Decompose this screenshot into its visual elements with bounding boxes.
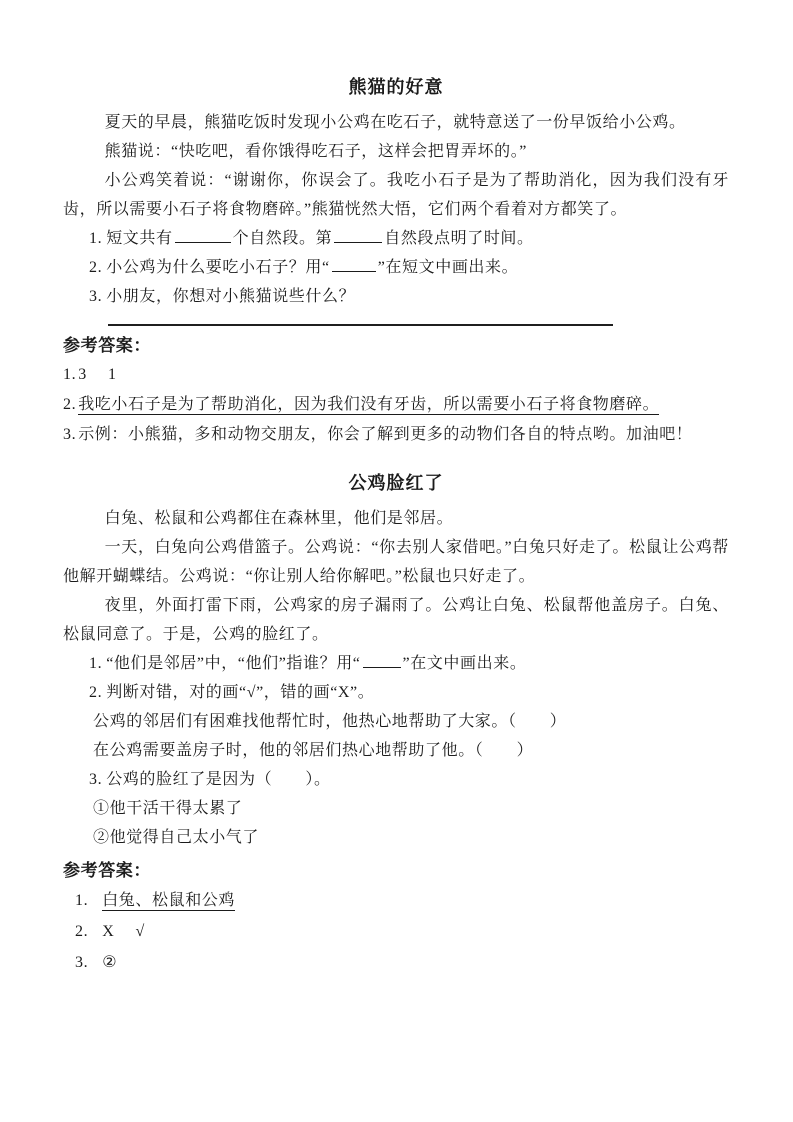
question-text: ”在短文中画出来。	[378, 259, 519, 276]
blank-line	[334, 228, 382, 243]
blank-line	[332, 257, 376, 272]
question-1: 1.“他们是邻居”中，“他们”指谁？用“”在文中画出来。	[63, 649, 729, 678]
question-text: “他们是邻居”中，“他们”指谁？用“	[106, 655, 360, 672]
answers-heading: 参考答案：	[63, 856, 729, 885]
question-number: 3.	[89, 771, 102, 788]
blank-line	[175, 228, 231, 243]
question-text: 公鸡的脸红了是因为（ ）。	[106, 771, 330, 788]
answer-row-3: 3.②	[63, 947, 729, 978]
question-3: 3.公鸡的脸红了是因为（ ）。	[63, 765, 729, 794]
question-text: 判断对错，对的画“√”，错的画“X”。	[106, 684, 374, 701]
paragraph: 一天，白兔向公鸡借篮子。公鸡说：“你去别人家借吧。”白兔只好走了。松鼠让公鸡帮他…	[63, 533, 729, 591]
answer-text: 示例：小熊猫，多和动物交朋友，你会了解到更多的动物们各自的特点哟。加油吧！	[78, 426, 692, 443]
answer-text: X √	[102, 923, 145, 940]
answer-row-3: 3.示例：小熊猫，多和动物交朋友，你会了解到更多的动物们各自的特点哟。加油吧！	[63, 420, 729, 450]
worksheet-page: 熊猫的好意 夏天的早晨，熊猫吃饭时发现小公鸡在吃石子，就特意送了一份早饭给小公鸡…	[0, 0, 793, 1122]
choice-option-2: ②他觉得自己太小气了	[63, 823, 729, 852]
question-text: 短文共有	[106, 230, 172, 247]
question-1: 1.短文共有个自然段。第自然段点明了时间。	[63, 224, 729, 253]
paragraph: 白兔、松鼠和公鸡都住在森林里，他们是邻居。	[63, 504, 729, 533]
underlined-answer: 我吃小石子是为了帮助消化，因为我们没有牙齿，所以需要小石子将食物磨碎。	[78, 396, 659, 415]
answer-number: 1.	[75, 892, 88, 909]
question-number: 2.	[89, 259, 102, 276]
question-number: 2.	[89, 684, 102, 701]
section-panda: 熊猫的好意 夏天的早晨，熊猫吃饭时发现小公鸡在吃石子，就特意送了一份早饭给小公鸡…	[63, 74, 729, 450]
answer-text: ②	[102, 954, 117, 971]
answer-number: 3.	[63, 426, 76, 443]
true-false-statement-1: 公鸡的邻居们有困难找他帮忙时，他热心地帮助了大家。（ ）	[63, 707, 729, 736]
question-2: 2.小公鸡为什么要吃小石子？用“”在短文中画出来。	[63, 253, 729, 282]
question-text: ”在文中画出来。	[403, 655, 527, 672]
passage-title-rooster: 公鸡脸红了	[63, 470, 729, 496]
answer-number: 3.	[75, 954, 88, 971]
question-number: 3.	[89, 288, 102, 305]
underlined-answer: 白兔、松鼠和公鸡	[102, 892, 235, 911]
passage-title-panda: 熊猫的好意	[63, 74, 729, 100]
true-false-statement-2: 在公鸡需要盖房子时，他的邻居们热心地帮助了他。（ ）	[63, 736, 729, 765]
paragraph: 夏天的早晨，熊猫吃饭时发现小公鸡在吃石子，就特意送了一份早饭给小公鸡。	[63, 108, 729, 137]
blank-line	[363, 653, 401, 668]
paragraph: 夜里，外面打雷下雨，公鸡家的房子漏雨了。公鸡让白兔、松鼠帮他盖房子。白兔、松鼠同…	[63, 591, 729, 649]
question-2: 2.判断对错，对的画“√”，错的画“X”。	[63, 678, 729, 707]
question-number: 1.	[89, 230, 102, 247]
paragraph: 小公鸡笑着说：“谢谢你，你误会了。我吃小石子是为了帮助消化，因为我们没有牙齿，所…	[63, 166, 729, 224]
answers-heading: 参考答案：	[63, 331, 729, 360]
answer-row-1: 1.3 1	[63, 360, 729, 390]
answers-block: 参考答案： 1.白兔、松鼠和公鸡 2.X √ 3.②	[63, 856, 729, 978]
answer-row-1: 1.白兔、松鼠和公鸡	[63, 885, 729, 916]
answer-number: 1.	[63, 366, 76, 383]
answer-row-2: 2.我吃小石子是为了帮助消化，因为我们没有牙齿，所以需要小石子将食物磨碎。	[63, 390, 729, 420]
divider-line	[108, 324, 613, 326]
question-number: 1.	[89, 655, 102, 672]
section-rooster: 公鸡脸红了 白兔、松鼠和公鸡都住在森林里，他们是邻居。 一天，白兔向公鸡借篮子。…	[63, 470, 729, 978]
question-text: 自然段点明了时间。	[384, 230, 533, 247]
question-text: 小公鸡为什么要吃小石子？用“	[106, 259, 330, 276]
question-text: 小朋友，你想对小熊猫说些什么？	[106, 288, 355, 305]
choice-option-1: ①他干活干得太累了	[63, 794, 729, 823]
answer-row-2: 2.X √	[63, 916, 729, 947]
question-3: 3.小朋友，你想对小熊猫说些什么？	[63, 282, 729, 311]
answer-text: 3 1	[78, 366, 116, 383]
paragraph: 熊猫说：“快吃吧，看你饿得吃石子，这样会把胃弄坏的。”	[63, 137, 729, 166]
answer-number: 2.	[75, 923, 88, 940]
question-text: 个自然段。第	[233, 230, 333, 247]
answer-number: 2.	[63, 396, 76, 413]
